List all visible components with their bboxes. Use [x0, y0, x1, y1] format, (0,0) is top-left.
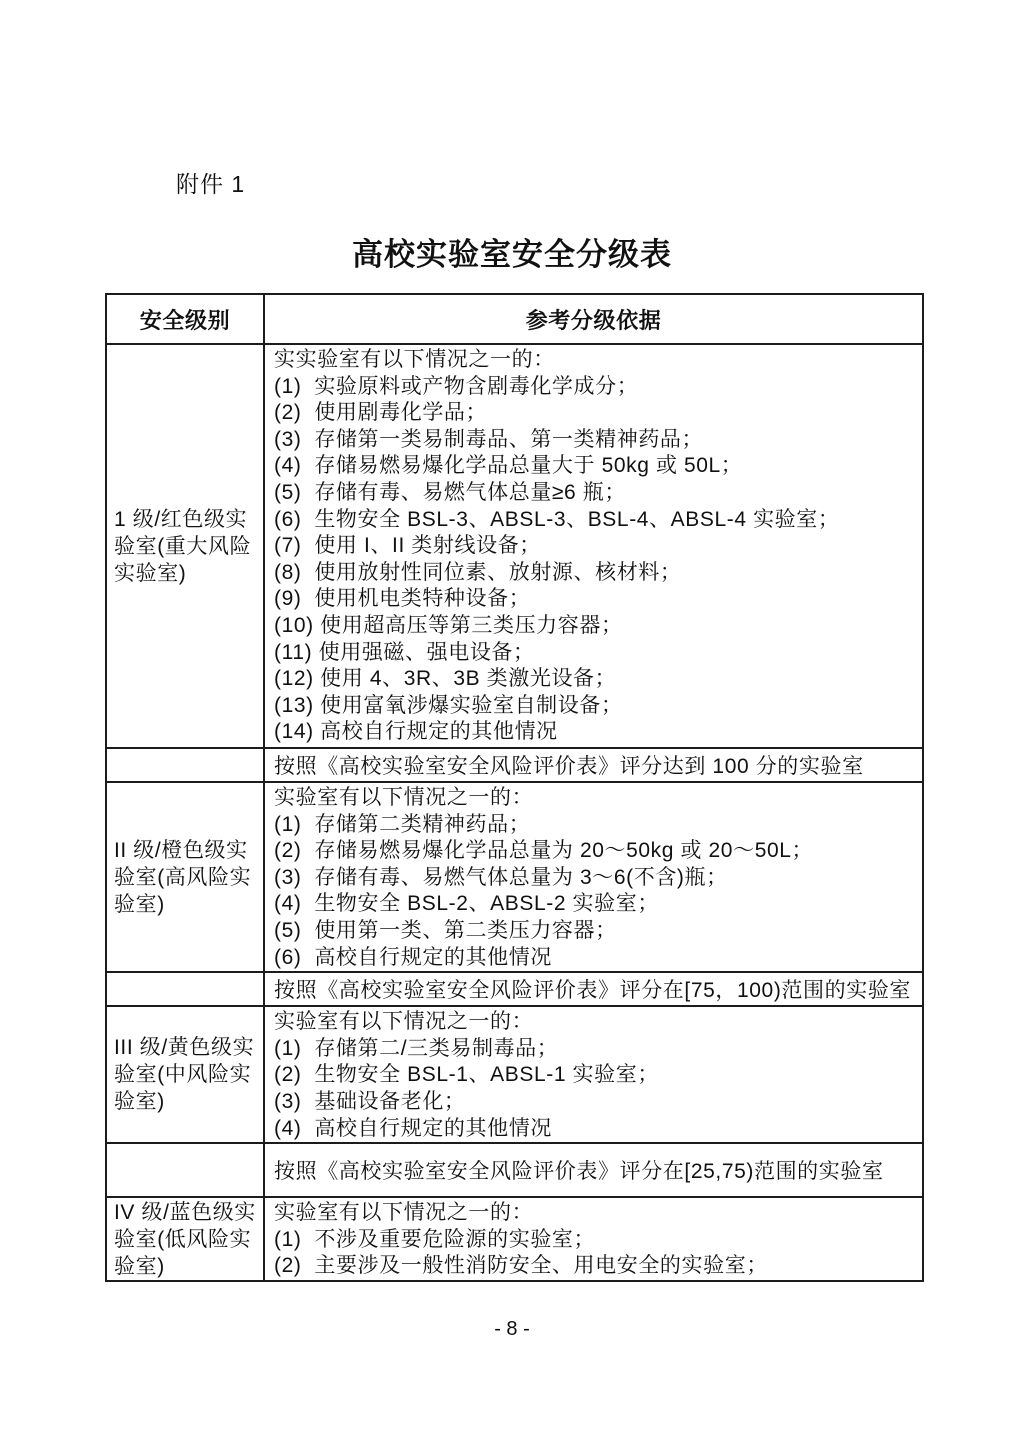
table-row-level-3: III 级/黄色级实验室(中风险实验室) 实验室有以下情况之一的： (1) 存储…	[106, 1006, 923, 1143]
table-header-row: 安全级别 参考分级依据	[106, 294, 923, 344]
score-rule: 按照《高校实验室安全风险评价表》评分在[25,75)范围的实验室	[264, 1143, 923, 1197]
table-row-level-4: IV 级/蓝色级实验室(低风险实验室) 实验室有以下情况之一的： (1) 不涉及…	[106, 1197, 923, 1281]
level-label-cell: 1 级/红色级实验室(重大风险实验室)	[106, 344, 264, 748]
empty-cell	[106, 972, 264, 1006]
criteria-line: (12) 使用 4、3R、3B 类激光设备；	[274, 666, 916, 693]
level-label-cell: III 级/黄色级实验室(中风险实验室)	[106, 1006, 264, 1143]
page-title: 高校实验室安全分级表	[0, 229, 1024, 274]
criteria-line: (6) 高校自行规定的其他情况	[274, 945, 916, 972]
criteria-line: (3) 存储有毒、易燃气体总量为 3～6(不含)瓶；	[274, 865, 916, 892]
empty-cell	[106, 748, 264, 782]
criteria-intro: 实验室有以下情况之一的：	[274, 785, 916, 812]
safety-classification-table: 安全级别 参考分级依据 1 级/红色级实验室(重大风险实验室) 实实验室有以下情…	[105, 293, 924, 1282]
criteria-line: (2) 生物安全 BSL-1、ABSL-1 实验室；	[274, 1062, 916, 1089]
table-row-level-2: II 级/橙色级实验室(高风险实验室) 实验室有以下情况之一的： (1) 存储第…	[106, 782, 923, 972]
criteria-line: (1) 不涉及重要危险源的实验室；	[274, 1227, 916, 1254]
criteria-line: (5) 使用第一类、第二类压力容器；	[274, 918, 916, 945]
criteria-line: (9) 使用机电类特种设备；	[274, 586, 916, 613]
criteria-line: (8) 使用放射性同位素、放射源、核材料；	[274, 560, 916, 587]
attachment-label: 附件 1	[176, 166, 245, 199]
criteria-line: (13) 使用富氧涉爆实验室自制设备；	[274, 693, 916, 720]
empty-cell	[106, 1143, 264, 1197]
criteria-cell: 实验室有以下情况之一的： (1) 存储第二/三类易制毒品； (2) 生物安全 B…	[264, 1006, 923, 1143]
criteria-line: (6) 生物安全 BSL-3、ABSL-3、BSL-4、ABSL-4 实验室；	[274, 507, 916, 534]
criteria-line: (2) 存储易燃易爆化学品总量为 20～50kg 或 20～50L；	[274, 838, 916, 865]
score-row-level-1: 按照《高校实验室安全风险评价表》评分达到 100 分的实验室	[106, 748, 923, 782]
score-rule: 按照《高校实验室安全风险评价表》评分在[75，100)范围的实验室	[264, 972, 923, 1006]
criteria-line: (14) 高校自行规定的其他情况	[274, 719, 916, 746]
criteria-line: (4) 存储易燃易爆化学品总量大于 50kg 或 50L；	[274, 453, 916, 480]
criteria-intro: 实实验室有以下情况之一的：	[274, 347, 916, 374]
score-row-level-2: 按照《高校实验室安全风险评价表》评分在[75，100)范围的实验室	[106, 972, 923, 1006]
score-row-level-3: 按照《高校实验室安全风险评价表》评分在[25,75)范围的实验室	[106, 1143, 923, 1197]
criteria-line: (7) 使用 I、II 类射线设备；	[274, 533, 916, 560]
criteria-line: (3) 基础设备老化；	[274, 1089, 916, 1116]
header-cell-basis: 参考分级依据	[264, 294, 923, 344]
criteria-line: (3) 存储第一类易制毒品、第一类精神药品；	[274, 427, 916, 454]
criteria-intro: 实验室有以下情况之一的：	[274, 1009, 916, 1036]
page-number: - 8 -	[0, 1318, 1024, 1341]
criteria-line: (1) 存储第二类精神药品；	[274, 812, 916, 839]
criteria-line: (11) 使用强磁、强电设备；	[274, 640, 916, 667]
criteria-cell: 实验室有以下情况之一的： (1) 存储第二类精神药品； (2) 存储易燃易爆化学…	[264, 782, 923, 972]
criteria-cell: 实实验室有以下情况之一的： (1) 实验原料或产物含剧毒化学成分； (2) 使用…	[264, 344, 923, 748]
criteria-line: (1) 实验原料或产物含剧毒化学成分；	[274, 374, 916, 401]
criteria-line: (4) 高校自行规定的其他情况	[274, 1116, 916, 1143]
table-row-level-1: 1 级/红色级实验室(重大风险实验室) 实实验室有以下情况之一的： (1) 实验…	[106, 344, 923, 748]
criteria-intro: 实验室有以下情况之一的：	[274, 1200, 916, 1227]
level-label-cell: II 级/橙色级实验室(高风险实验室)	[106, 782, 264, 972]
criteria-line: (10) 使用超高压等第三类压力容器；	[274, 613, 916, 640]
document-page: 附件 1 高校实验室安全分级表 安全级别 参考分级依据 1 级/红色级实验室(重…	[0, 0, 1024, 1448]
header-cell-level: 安全级别	[106, 294, 264, 344]
criteria-line: (2) 使用剧毒化学品；	[274, 400, 916, 427]
level-label-cell: IV 级/蓝色级实验室(低风险实验室)	[106, 1197, 264, 1281]
criteria-cell: 实验室有以下情况之一的： (1) 不涉及重要危险源的实验室； (2) 主要涉及一…	[264, 1197, 923, 1281]
criteria-line: (5) 存储有毒、易燃气体总量≥6 瓶；	[274, 480, 916, 507]
criteria-line: (2) 主要涉及一般性消防安全、用电安全的实验室；	[274, 1253, 916, 1280]
score-rule: 按照《高校实验室安全风险评价表》评分达到 100 分的实验室	[264, 748, 923, 782]
criteria-line: (1) 存储第二/三类易制毒品；	[274, 1036, 916, 1063]
criteria-line: (4) 生物安全 BSL-2、ABSL-2 实验室；	[274, 891, 916, 918]
